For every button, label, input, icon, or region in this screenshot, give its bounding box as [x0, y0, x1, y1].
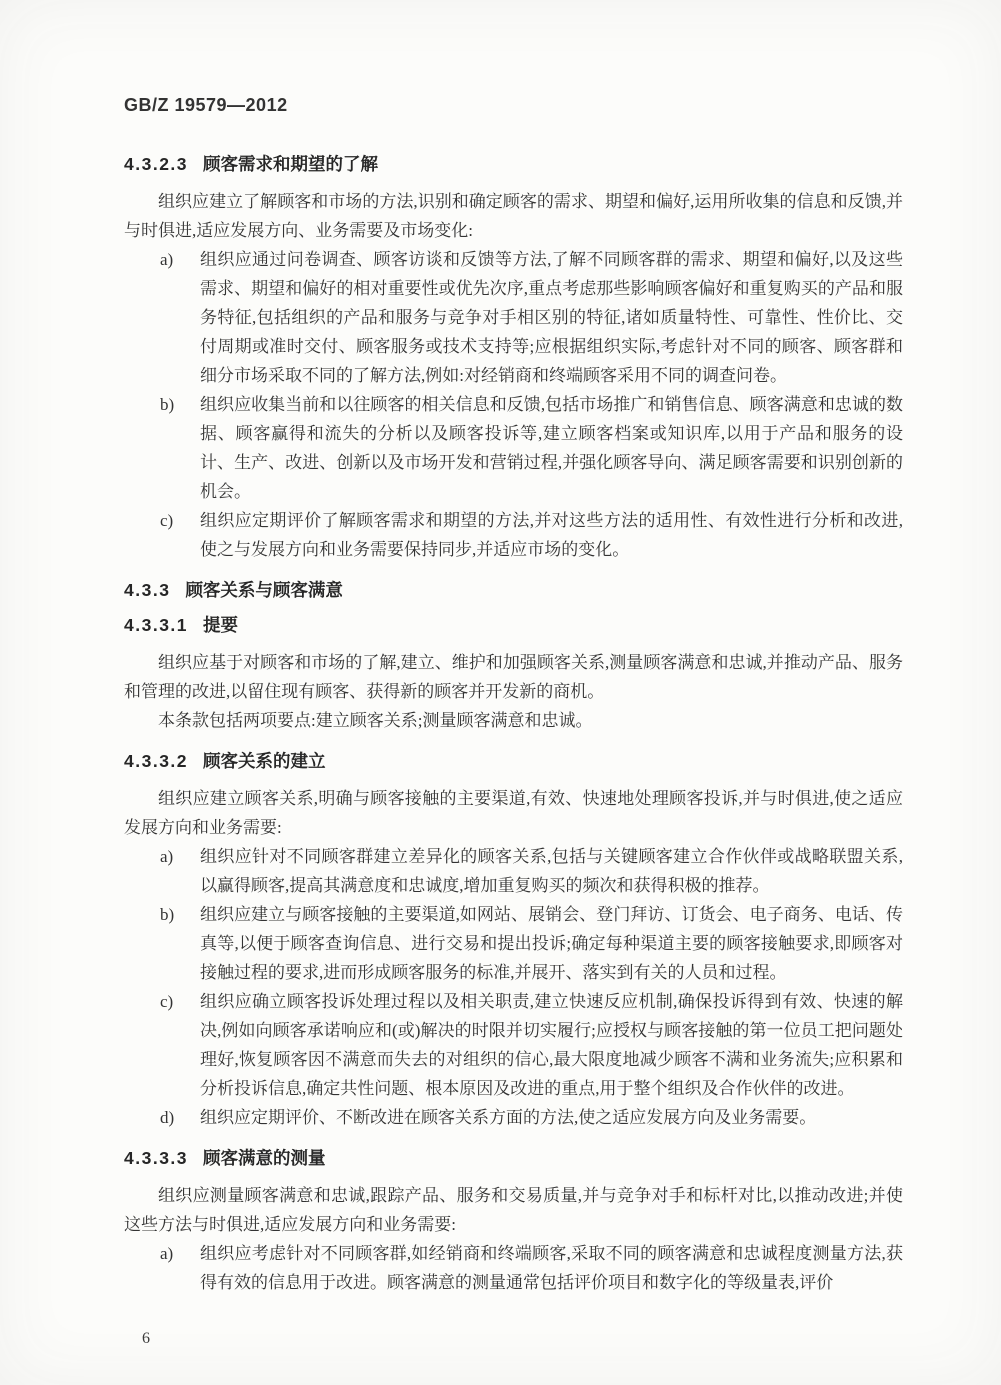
list-item-label: b) [160, 390, 200, 419]
list-4-3-2-3: a) 组织应通过问卷调查、顾客访谈和反馈等方法,了解不同顾客群的需求、期望和偏好… [160, 245, 903, 564]
section-number: 4.3.2.3 [124, 154, 188, 174]
list-item-text: 组织应收集当前和以往顾客的相关信息和反馈,包括市场推广和销售信息、顾客满意和忠诚… [200, 390, 903, 506]
section-heading-4-3-3: 4.3.3顾客关系与顾客满意 [124, 578, 903, 602]
page-number: 6 [142, 1330, 150, 1348]
section-number: 4.3.3.1 [124, 615, 188, 635]
list-item: a) 组织应考虑针对不同顾客群,如经销商和终端顾客,采取不同的顾客满意和忠诚程度… [160, 1239, 903, 1297]
list-item-text: 组织应建立与顾客接触的主要渠道,如网站、展销会、登门拜访、订货会、电子商务、电话… [200, 900, 903, 987]
list-item-text: 组织应考虑针对不同顾客群,如经销商和终端顾客,采取不同的顾客满意和忠诚程度测量方… [200, 1239, 903, 1297]
list-item-label: a) [160, 1239, 200, 1268]
paragraph-4-3-3-2-intro: 组织应建立顾客关系,明确与顾客接触的主要渠道,有效、快速地处理顾客投诉,并与时俱… [124, 784, 903, 842]
list-item: a) 组织应通过问卷调查、顾客访谈和反馈等方法,了解不同顾客群的需求、期望和偏好… [160, 245, 903, 390]
section-heading-4-3-2-3: 4.3.2.3顾客需求和期望的了解 [124, 152, 903, 176]
list-item-text: 组织应确立顾客投诉处理过程以及相关职责,建立快速反应机制,确保投诉得到有效、快速… [200, 987, 903, 1103]
section-title: 提要 [203, 615, 238, 635]
list-item-text: 组织应针对不同顾客群建立差异化的顾客关系,包括与关键顾客建立合作伙伴或战略联盟关… [200, 842, 903, 900]
section-heading-4-3-3-2: 4.3.3.2顾客关系的建立 [124, 749, 903, 773]
list-4-3-3-2: a) 组织应针对不同顾客群建立差异化的顾客关系,包括与关键顾客建立合作伙伴或战略… [160, 842, 903, 1132]
section-number: 4.3.3.3 [124, 1148, 188, 1168]
section-number: 4.3.3.2 [124, 751, 188, 771]
list-item: d) 组织应定期评价、不断改进在顾客关系方面的方法,使之适应发展方向及业务需要。 [160, 1103, 903, 1132]
section-heading-4-3-3-1: 4.3.3.1提要 [124, 613, 903, 637]
section-title: 顾客满意的测量 [203, 1148, 326, 1168]
list-item: b) 组织应收集当前和以往顾客的相关信息和反馈,包括市场推广和销售信息、顾客满意… [160, 390, 903, 506]
list-item-label: a) [160, 245, 200, 274]
section-title: 顾客关系与顾客满意 [185, 580, 343, 600]
document-page: GB/Z 19579—2012 4.3.2.3顾客需求和期望的了解 组织应建立了… [0, 0, 1001, 1385]
list-item-label: a) [160, 842, 200, 871]
paragraph-4-3-3-3-intro: 组织应测量顾客满意和忠诚,跟踪产品、服务和交易质量,并与竞争对手和标杆对比,以推… [124, 1181, 903, 1239]
list-item: c) 组织应定期评价了解顾客需求和期望的方法,并对这些方法的适用性、有效性进行分… [160, 506, 903, 564]
list-item: c) 组织应确立顾客投诉处理过程以及相关职责,建立快速反应机制,确保投诉得到有效… [160, 987, 903, 1103]
paragraph-4-3-3-1-p2: 本条款包括两项要点:建立顾客关系;测量顾客满意和忠诚。 [124, 706, 903, 735]
paragraph-4-3-2-3-intro: 组织应建立了解顾客和市场的方法,识别和确定顾客的需求、期望和偏好,运用所收集的信… [124, 187, 903, 245]
section-number: 4.3.3 [124, 580, 170, 600]
paragraph-4-3-3-1-p1: 组织应基于对顾客和市场的了解,建立、维护和加强顾客关系,测量顾客满意和忠诚,并推… [124, 648, 903, 706]
page-content: GB/Z 19579—2012 4.3.2.3顾客需求和期望的了解 组织应建立了… [0, 0, 1001, 1297]
section-title: 顾客需求和期望的了解 [203, 154, 378, 174]
section-heading-4-3-3-3: 4.3.3.3顾客满意的测量 [124, 1146, 903, 1170]
list-item-label: b) [160, 900, 200, 929]
list-item-label: d) [160, 1103, 200, 1132]
list-4-3-3-3: a) 组织应考虑针对不同顾客群,如经销商和终端顾客,采取不同的顾客满意和忠诚程度… [160, 1239, 903, 1297]
list-item-label: c) [160, 987, 200, 1016]
list-item: b) 组织应建立与顾客接触的主要渠道,如网站、展销会、登门拜访、订货会、电子商务… [160, 900, 903, 987]
running-header-code: GB/Z 19579—2012 [124, 95, 903, 116]
list-item-label: c) [160, 506, 200, 535]
list-item-text: 组织应定期评价了解顾客需求和期望的方法,并对这些方法的适用性、有效性进行分析和改… [200, 506, 903, 564]
list-item-text: 组织应定期评价、不断改进在顾客关系方面的方法,使之适应发展方向及业务需要。 [200, 1103, 903, 1132]
list-item: a) 组织应针对不同顾客群建立差异化的顾客关系,包括与关键顾客建立合作伙伴或战略… [160, 842, 903, 900]
section-title: 顾客关系的建立 [203, 751, 326, 771]
list-item-text: 组织应通过问卷调查、顾客访谈和反馈等方法,了解不同顾客群的需求、期望和偏好,以及… [200, 245, 903, 390]
